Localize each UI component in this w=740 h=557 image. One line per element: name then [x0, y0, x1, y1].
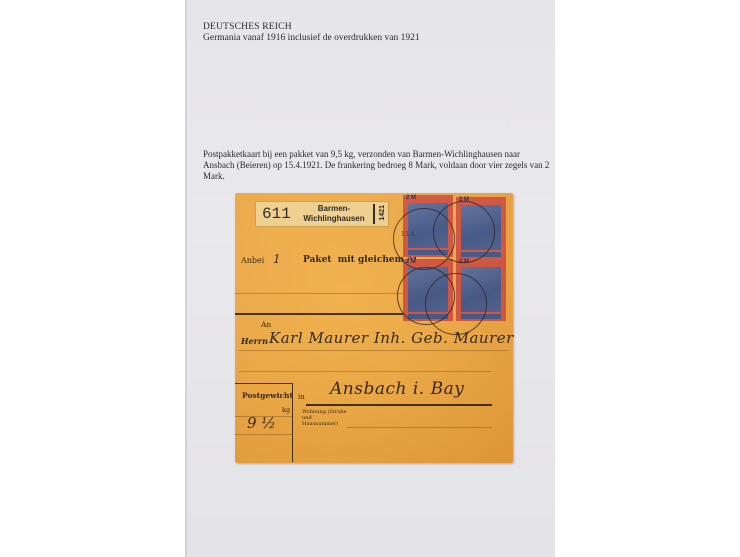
- heading-title: DEUTSCHES REICH: [203, 22, 420, 33]
- anbei-value: 1: [273, 252, 281, 266]
- rule-dark: [235, 313, 407, 315]
- label-town: Barmen- Wichlinghausen: [298, 204, 370, 224]
- sender-label: 611 Barmen- Wichlinghausen 1421: [255, 201, 389, 227]
- an-label: An: [261, 320, 271, 329]
- label-town-line2: Wichlinghausen: [298, 214, 370, 224]
- rule: [347, 427, 492, 428]
- kg-label: kg: [282, 406, 290, 414]
- item-description: Postpakketkaart bij een pakket van 9,5 k…: [203, 149, 553, 182]
- heading-subtitle: Germania vanaf 1916 inclusief de overdru…: [203, 33, 420, 44]
- rule: [239, 350, 509, 351]
- herrn-label: Herrn: [241, 336, 268, 346]
- destination: Ansbach i. Bay: [330, 379, 464, 399]
- postmark: [425, 273, 487, 335]
- rule: [235, 293, 410, 294]
- label-number: 611: [262, 205, 291, 223]
- wohnung-label: Wohnung (Straße und Hausnummer): [302, 409, 347, 427]
- postgewicht-label: Postgewicht: [242, 391, 293, 400]
- label-code: 1421: [379, 205, 386, 221]
- parcel-card: 611 Barmen- Wichlinghausen 1421 Anbei 1 …: [235, 193, 513, 463]
- postmark: [433, 201, 495, 263]
- rule-dark: [306, 404, 492, 406]
- rule: [239, 371, 491, 372]
- page-heading: DEUTSCHES REICH Germania vanaf 1916 incl…: [203, 22, 420, 44]
- rule: [235, 434, 292, 435]
- stamp-value: 2 M: [406, 195, 416, 201]
- in-label: in: [298, 393, 305, 401]
- weight-box: Postgewicht kg 9 ½: [235, 383, 293, 462]
- recipient-name: Karl Maurer Inh. Geb. Maurer: [269, 329, 514, 347]
- weight-value: 9 ½: [247, 414, 276, 432]
- anbei-label: Anbei: [241, 256, 264, 265]
- page-edge: [185, 0, 187, 557]
- label-town-line1: Barmen-: [298, 204, 370, 214]
- label-divider: [373, 204, 375, 224]
- postmark-date: 15.4.: [401, 231, 416, 238]
